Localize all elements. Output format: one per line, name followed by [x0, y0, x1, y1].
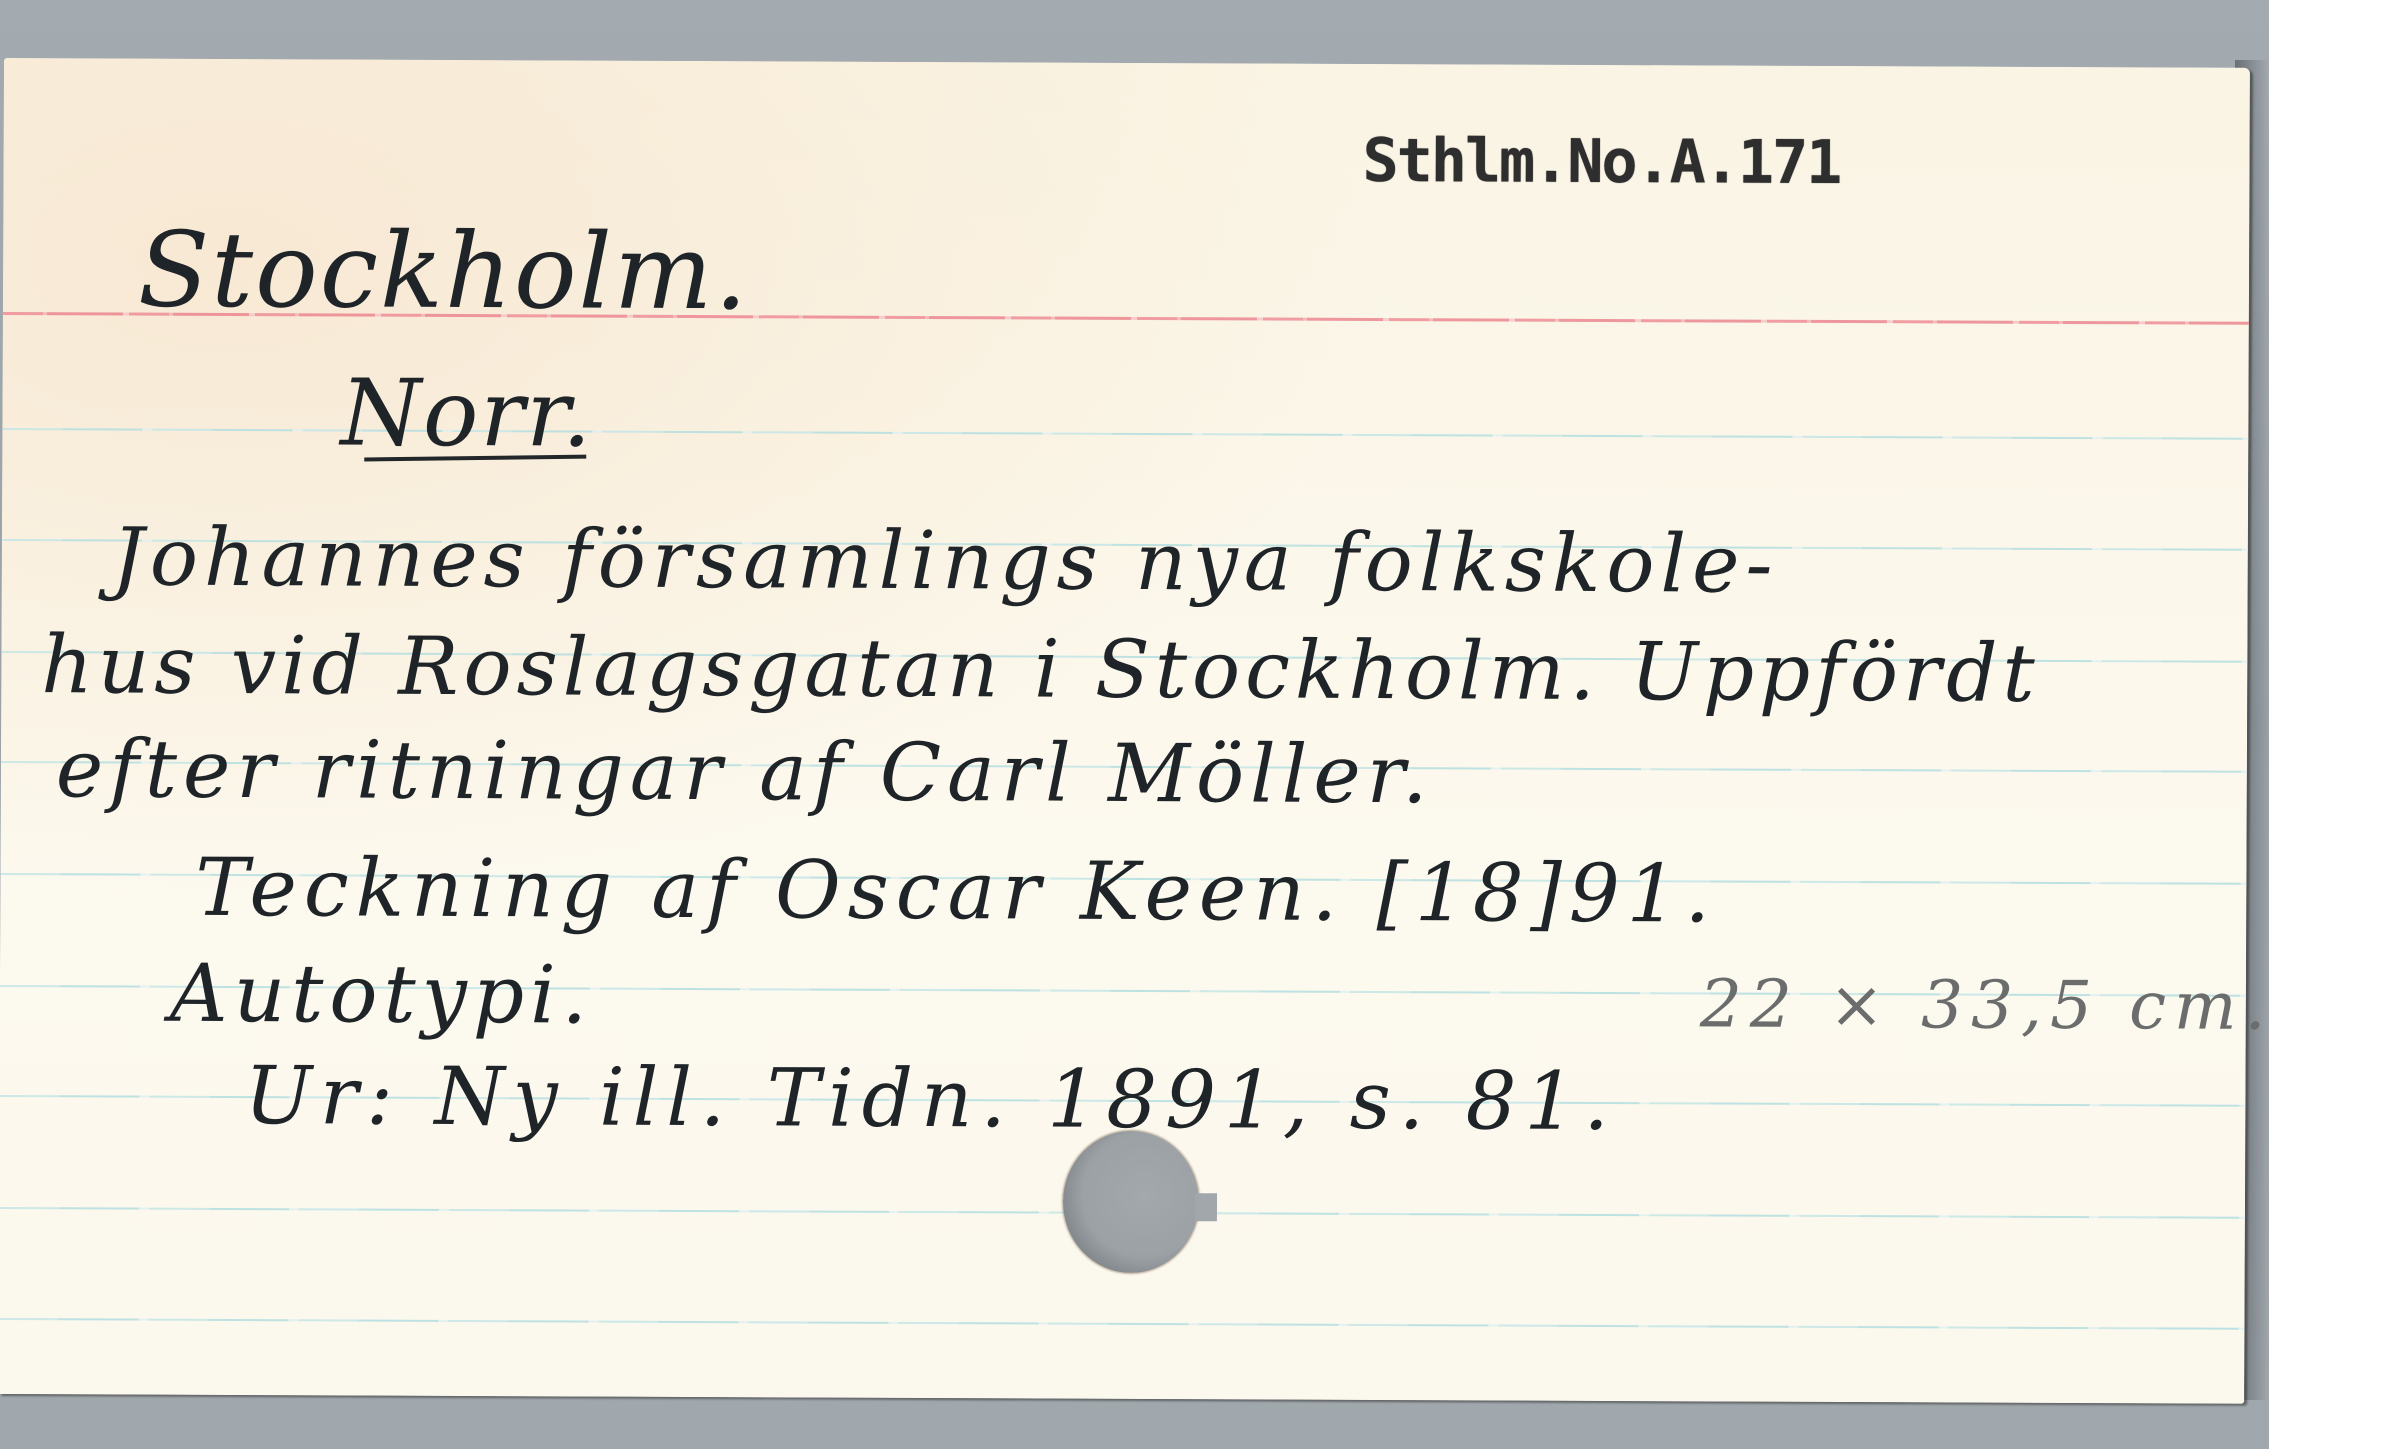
artist-line: Teckning af Oscar Keen. [18]91.: [195, 841, 1717, 941]
source-line: Ur: Ny ill. Tidn. 1891, s. 81.: [244, 1049, 1617, 1148]
card-heading: Stockholm.: [138, 209, 750, 334]
catalog-card: Sthlm.No.A.171 Stockholm. Norr. Johannes…: [0, 58, 2250, 1404]
catalog-number: Sthlm.No.A.171: [1362, 126, 1840, 198]
card-subheading: Norr.: [340, 359, 593, 467]
description-line: Johannes församlings nya folkskole-: [112, 510, 1779, 610]
blue-ruled-line: [0, 1318, 2244, 1330]
description-line: hus vid Roslagsgatan i Stockholm. Uppför…: [41, 618, 2040, 720]
blue-ruled-line: [2, 428, 2248, 440]
dimensions-note: 22 × 33,5 cm.: [1700, 965, 2274, 1045]
punch-hole: [1063, 1131, 1200, 1274]
description-line: efter ritningar af Carl Möller.: [56, 722, 1434, 821]
punch-hole-notch: [1195, 1193, 1217, 1221]
technique-line: Autotypi.: [170, 947, 594, 1042]
